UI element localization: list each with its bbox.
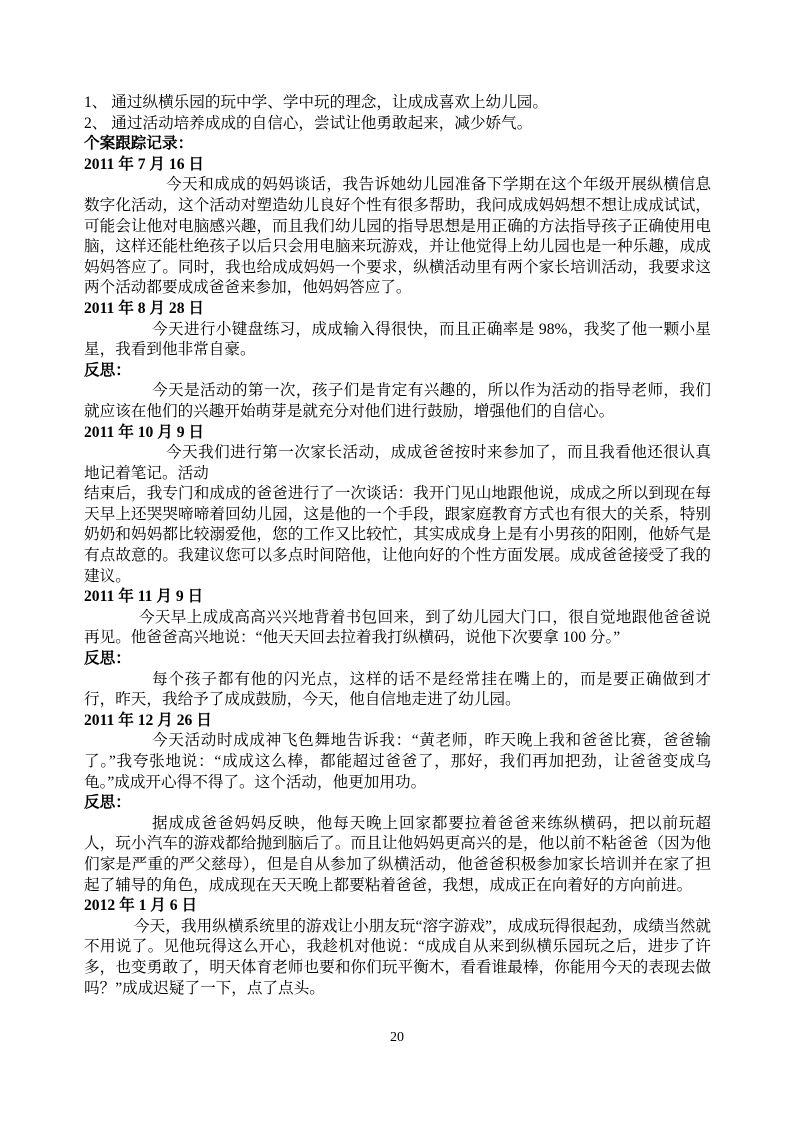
entry-paragraph: 今天和成成的妈妈谈话，我告诉她幼儿园准备下学期在这个年级开展纵横信息数字化活动，…	[84, 175, 711, 299]
document-page: 1、 通过纵横乐园的玩中学、学中玩的理念，让成成喜欢上幼儿园。 2、 通过活动培…	[0, 0, 794, 1123]
entry-paragraph: 今天进行小键盘练习，成成输入得很快，而且正确率是 98%，我奖了他一颗小星星，我…	[84, 320, 711, 361]
section-title: 个案跟踪记录：	[84, 134, 711, 155]
reflection-label: 反思：	[84, 361, 711, 382]
entry-date-2011-10-09: 2011 年 10 月 9 日	[84, 423, 711, 444]
list-item-2: 2、 通过活动培养成成的自信心，尝试让他勇敢起来，减少娇气。	[84, 114, 711, 135]
entry-date-2012-01-06: 2012 年 1 月 6 日	[84, 896, 711, 917]
entry-date-2011-08-28: 2011 年 8 月 28 日	[84, 299, 711, 320]
entry-date-2011-12-26: 2011 年 12 月 26 日	[84, 711, 711, 732]
reflection-paragraph: 每个孩子都有他的闪光点，这样的话不是经常挂在嘴上的，而是要正确做到才行，昨天，我…	[84, 670, 711, 711]
list-item-1: 1、 通过纵横乐园的玩中学、学中玩的理念，让成成喜欢上幼儿园。	[84, 93, 711, 114]
reflection-label: 反思：	[84, 793, 711, 814]
page-number: 20	[0, 1029, 794, 1047]
entry-paragraph: 今天，我用纵横系统里的游戏让小朋友玩“溶字游戏”，成成玩得很起劲，成绩当然就不用…	[84, 917, 711, 999]
entry-date-2011-11-09: 2011 年 11 月 9 日	[84, 587, 711, 608]
reflection-label: 反思：	[84, 649, 711, 670]
entry-paragraph: 今天活动时成成神飞色舞地告诉我：“黄老师，昨天晚上我和爸爸比赛，爸爸输了。”我夸…	[84, 731, 711, 793]
reflection-paragraph: 据成成爸爸妈妈反映，他每天晚上回家都要拉着爸爸来练纵横码，把以前玩超人，玩小汽车…	[84, 814, 711, 896]
document-body: 1、 通过纵横乐园的玩中学、学中玩的理念，让成成喜欢上幼儿园。 2、 通过活动培…	[84, 93, 711, 999]
reflection-paragraph: 今天是活动的第一次，孩子们是肯定有兴趣的，所以作为活动的指导老师，我们就应该在他…	[84, 381, 711, 422]
entry-paragraph: 今天早上成成高高兴兴地背着书包回来，到了幼儿园大门口，很自觉地跟他爸爸说再见。他…	[84, 608, 711, 649]
entry-paragraph: 今天我们进行第一次家长活动，成成爸爸按时来参加了，而且我看他还很认真地记着笔记。…	[84, 443, 711, 484]
entry-paragraph: 结束后，我专门和成成的爸爸进行了一次谈话：我开门见山地跟他说，成成之所以到现在每…	[84, 484, 711, 587]
entry-date-2011-07-16: 2011 年 7 月 16 日	[84, 155, 711, 176]
